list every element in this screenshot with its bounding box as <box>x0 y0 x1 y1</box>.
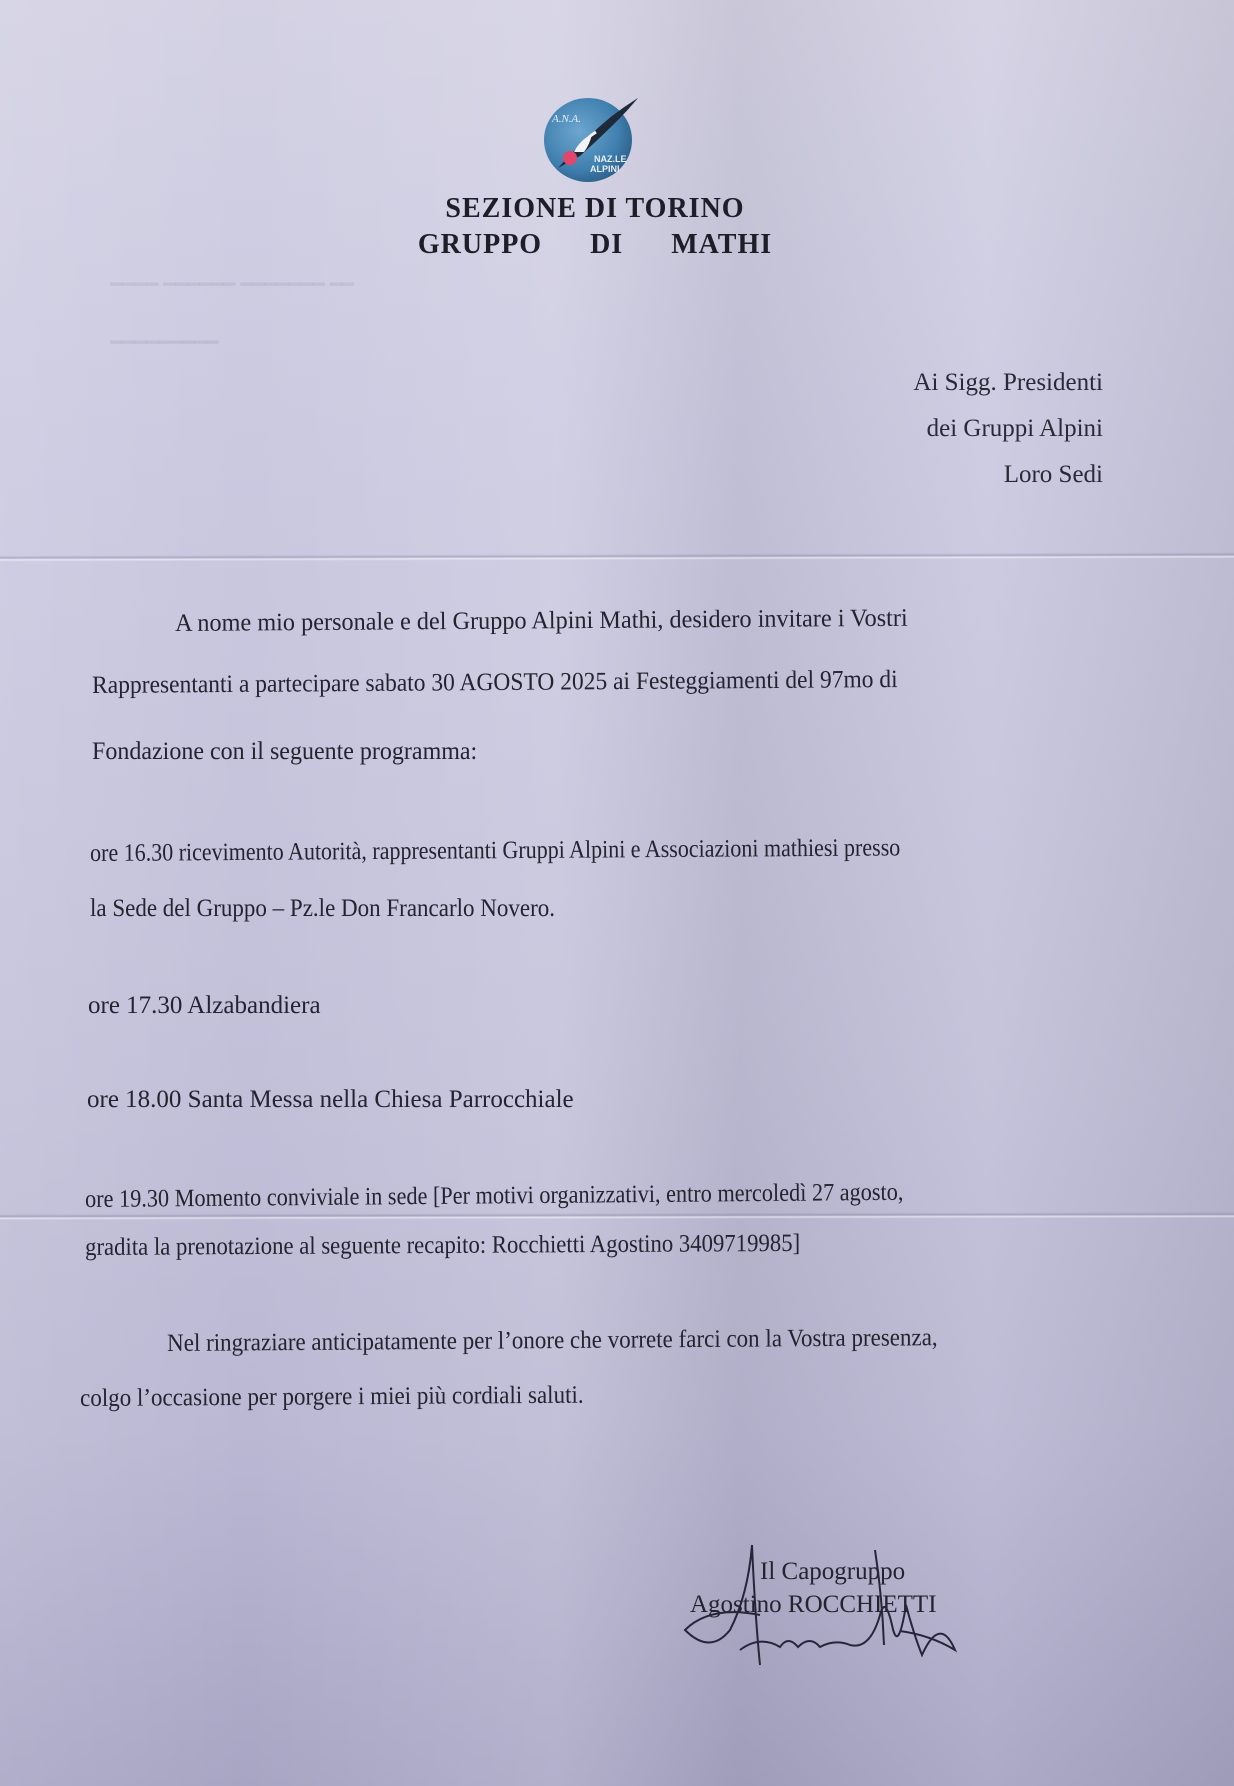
bleed-through-text: ━━━━ ━━━━━━ ━━━━━━━ ━━ <box>110 272 354 297</box>
program-line: ore 19.30 Momento conviviale in sede [Pe… <box>85 1179 903 1214</box>
svg-text:A.N.A.: A.N.A. <box>551 113 581 125</box>
body-line: A nome mio personale e del Gruppo Alpini… <box>175 605 908 638</box>
bleed-through-text: ━━━━━━━━━ <box>110 330 218 355</box>
recipient-line: Ai Sigg. Presidenti <box>913 360 1103 406</box>
svg-text:NAZ.LE: NAZ.LE <box>594 154 627 164</box>
handwritten-signature-icon <box>670 1535 980 1675</box>
recipient-line: Loro Sedi <box>913 452 1103 498</box>
section-name: SEZIONE DI TORINO <box>360 193 830 225</box>
program-line: ore 16.30 ricevimento Autorità, rapprese… <box>90 834 900 868</box>
paper-fold-lower <box>0 1212 1234 1220</box>
program-line: ore 17.30 Alzabandiera <box>88 992 321 1020</box>
program-line: la Sede del Gruppo – Pz.le Don Francarlo… <box>90 895 555 923</box>
ana-alpini-logo-icon: A.N.A. NAZ.LE ALPINI <box>540 86 642 188</box>
program-line: gradita la prenotazione al seguente reca… <box>85 1230 800 1262</box>
program-line: ore 18.00 Santa Messa nella Chiesa Parro… <box>87 1086 574 1114</box>
paper-fold-upper <box>0 552 1234 561</box>
body-line: Rappresentanti a partecipare sabato 30 A… <box>92 666 898 700</box>
body-line: Fondazione con il seguente programma: <box>92 738 477 766</box>
group-name: GRUPPO DI MATHI <box>360 229 830 261</box>
svg-text:ALPINI: ALPINI <box>590 164 620 174</box>
recipient-line: dei Gruppi Alpini <box>913 406 1103 452</box>
closing-line: colgo l’occasione per porgere i miei più… <box>80 1382 584 1413</box>
closing-line: Nel ringraziare anticipatamente per l’on… <box>167 1324 938 1358</box>
recipient-block: Ai Sigg. Presidenti dei Gruppi Alpini Lo… <box>913 360 1103 498</box>
